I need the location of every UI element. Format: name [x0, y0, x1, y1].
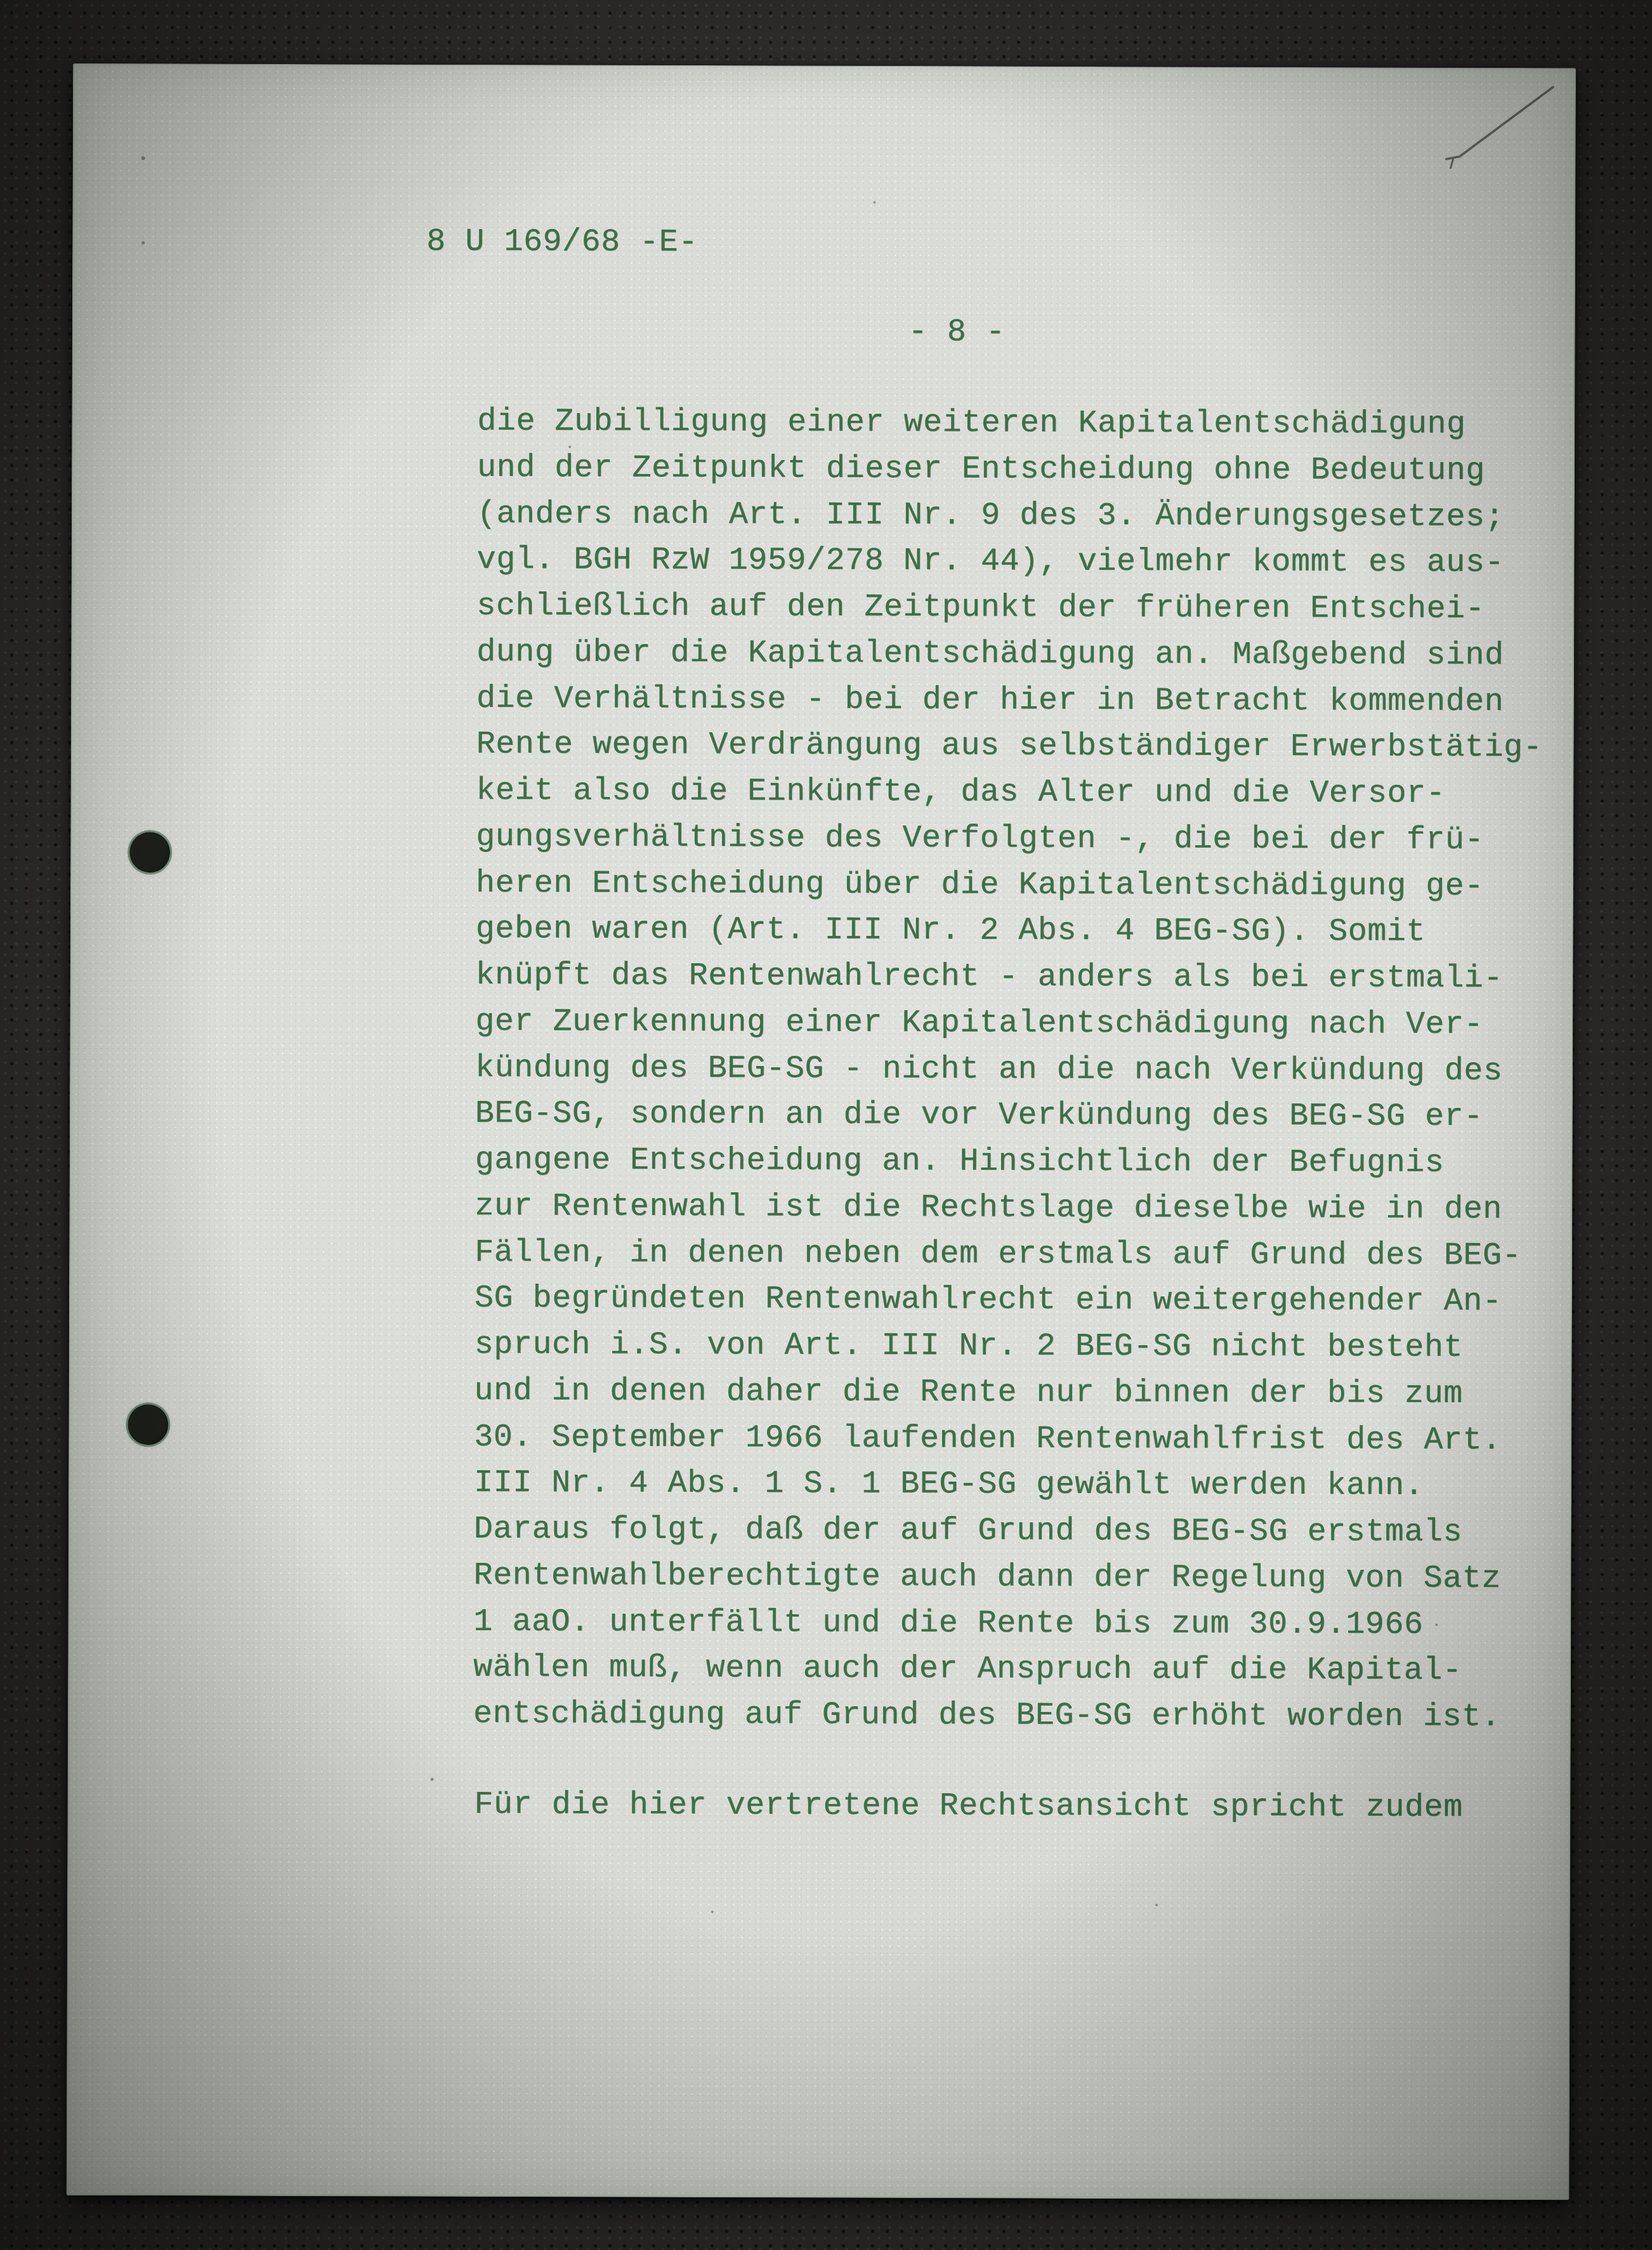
text-line: BEG-SG, sondern an die vor Verkündung de… — [475, 1091, 1542, 1141]
paper-speck — [711, 1911, 714, 1913]
text-line: wählen muß, wenn auch der Anspruch auf d… — [473, 1645, 1540, 1695]
text-line: entschädigung auf Grund des BEG-SG erhöh… — [473, 1692, 1540, 1741]
text-line: keit also die Einkünfte, das Alter und d… — [476, 768, 1542, 818]
paper-speck — [568, 445, 571, 448]
text-line: 1 aaO. unterfällt und die Rente bis zum … — [473, 1599, 1540, 1648]
text-line: und der Zeitpunkt dieser Entscheidung oh… — [477, 445, 1544, 495]
text-line: dung über die Kapitalentschädigung an. M… — [476, 630, 1543, 680]
text-line: knüpft das Rentenwahlrecht - anders als … — [475, 953, 1542, 1003]
closing-line: Für die hier vertretene Rechtsansicht sp… — [474, 1782, 1463, 1832]
text-line: geben waren (Art. III Nr. 2 Abs. 4 BEG-S… — [476, 907, 1542, 956]
text-line: SG begründeten Rentenwahlrecht ein weite… — [475, 1276, 1541, 1326]
text-line: III Nr. 4 Abs. 1 S. 1 BEG-SG gewählt wer… — [474, 1461, 1540, 1510]
paper-speck — [141, 241, 145, 244]
text-line: Fällen, in denen neben dem erstmals auf … — [475, 1230, 1541, 1279]
paper-speck — [873, 201, 875, 204]
text-line: schließlich auf den Zeitpunkt der früher… — [476, 584, 1543, 633]
paper-speck — [431, 1778, 434, 1781]
paper-speck — [1435, 1624, 1438, 1626]
paper-speck — [141, 156, 145, 160]
text-line: Daraus folgt, daß der auf Grund des BEG-… — [474, 1507, 1540, 1556]
case-number: 8 U 169/68 -E- — [426, 223, 698, 262]
text-line: gungsverhältnisse des Verfolgten -, die … — [476, 815, 1542, 864]
text-line: zur Rentenwahl ist die Rechtslage diesel… — [475, 1184, 1541, 1234]
text-line: ger Zuerkennung einer Kapitalentschädigu… — [475, 999, 1542, 1049]
text-line: Rentenwahlberechtigte auch dann der Rege… — [473, 1553, 1540, 1603]
text-line: spruch i.S. von Art. III Nr. 2 BEG-SG ni… — [475, 1322, 1541, 1372]
hole-punch-top — [129, 832, 170, 872]
text-line: die Verhältnisse - bei der hier in Betra… — [476, 676, 1543, 725]
text-line: 30. September 1966 laufenden Rentenwahlf… — [474, 1414, 1540, 1464]
paper-speck — [1155, 1904, 1158, 1906]
text-line: die Zubilligung einer weiteren Kapitalen… — [477, 399, 1544, 449]
text-line: Rente wegen Verdrängung aus selbständige… — [476, 722, 1543, 772]
document-page: 8 U 169/68 -E- - 8 - die Zubilligung ein… — [67, 63, 1577, 2200]
page-number: - 8 - — [908, 313, 1006, 352]
body-text: die Zubilligung einer weiteren Kapitalen… — [473, 399, 1544, 1741]
text-line: kündung des BEG-SG - nicht an die nach V… — [475, 1045, 1542, 1095]
text-line: und in denen daher die Rente nur binnen … — [474, 1369, 1540, 1418]
text-line: heren Entscheidung über die Kapitalentsc… — [476, 860, 1542, 910]
hole-punch-bottom — [128, 1404, 168, 1445]
photo-background: 8 U 169/68 -E- - 8 - die Zubilligung ein… — [0, 0, 1652, 2250]
text-line: (anders nach Art. III Nr. 9 des 3. Änder… — [477, 491, 1544, 541]
text-line: gangene Entscheidung an. Hinsichtlich de… — [475, 1138, 1542, 1187]
text-line: vgl. BGH RzW 1959/278 Nr. 44), vielmehr … — [477, 537, 1544, 587]
